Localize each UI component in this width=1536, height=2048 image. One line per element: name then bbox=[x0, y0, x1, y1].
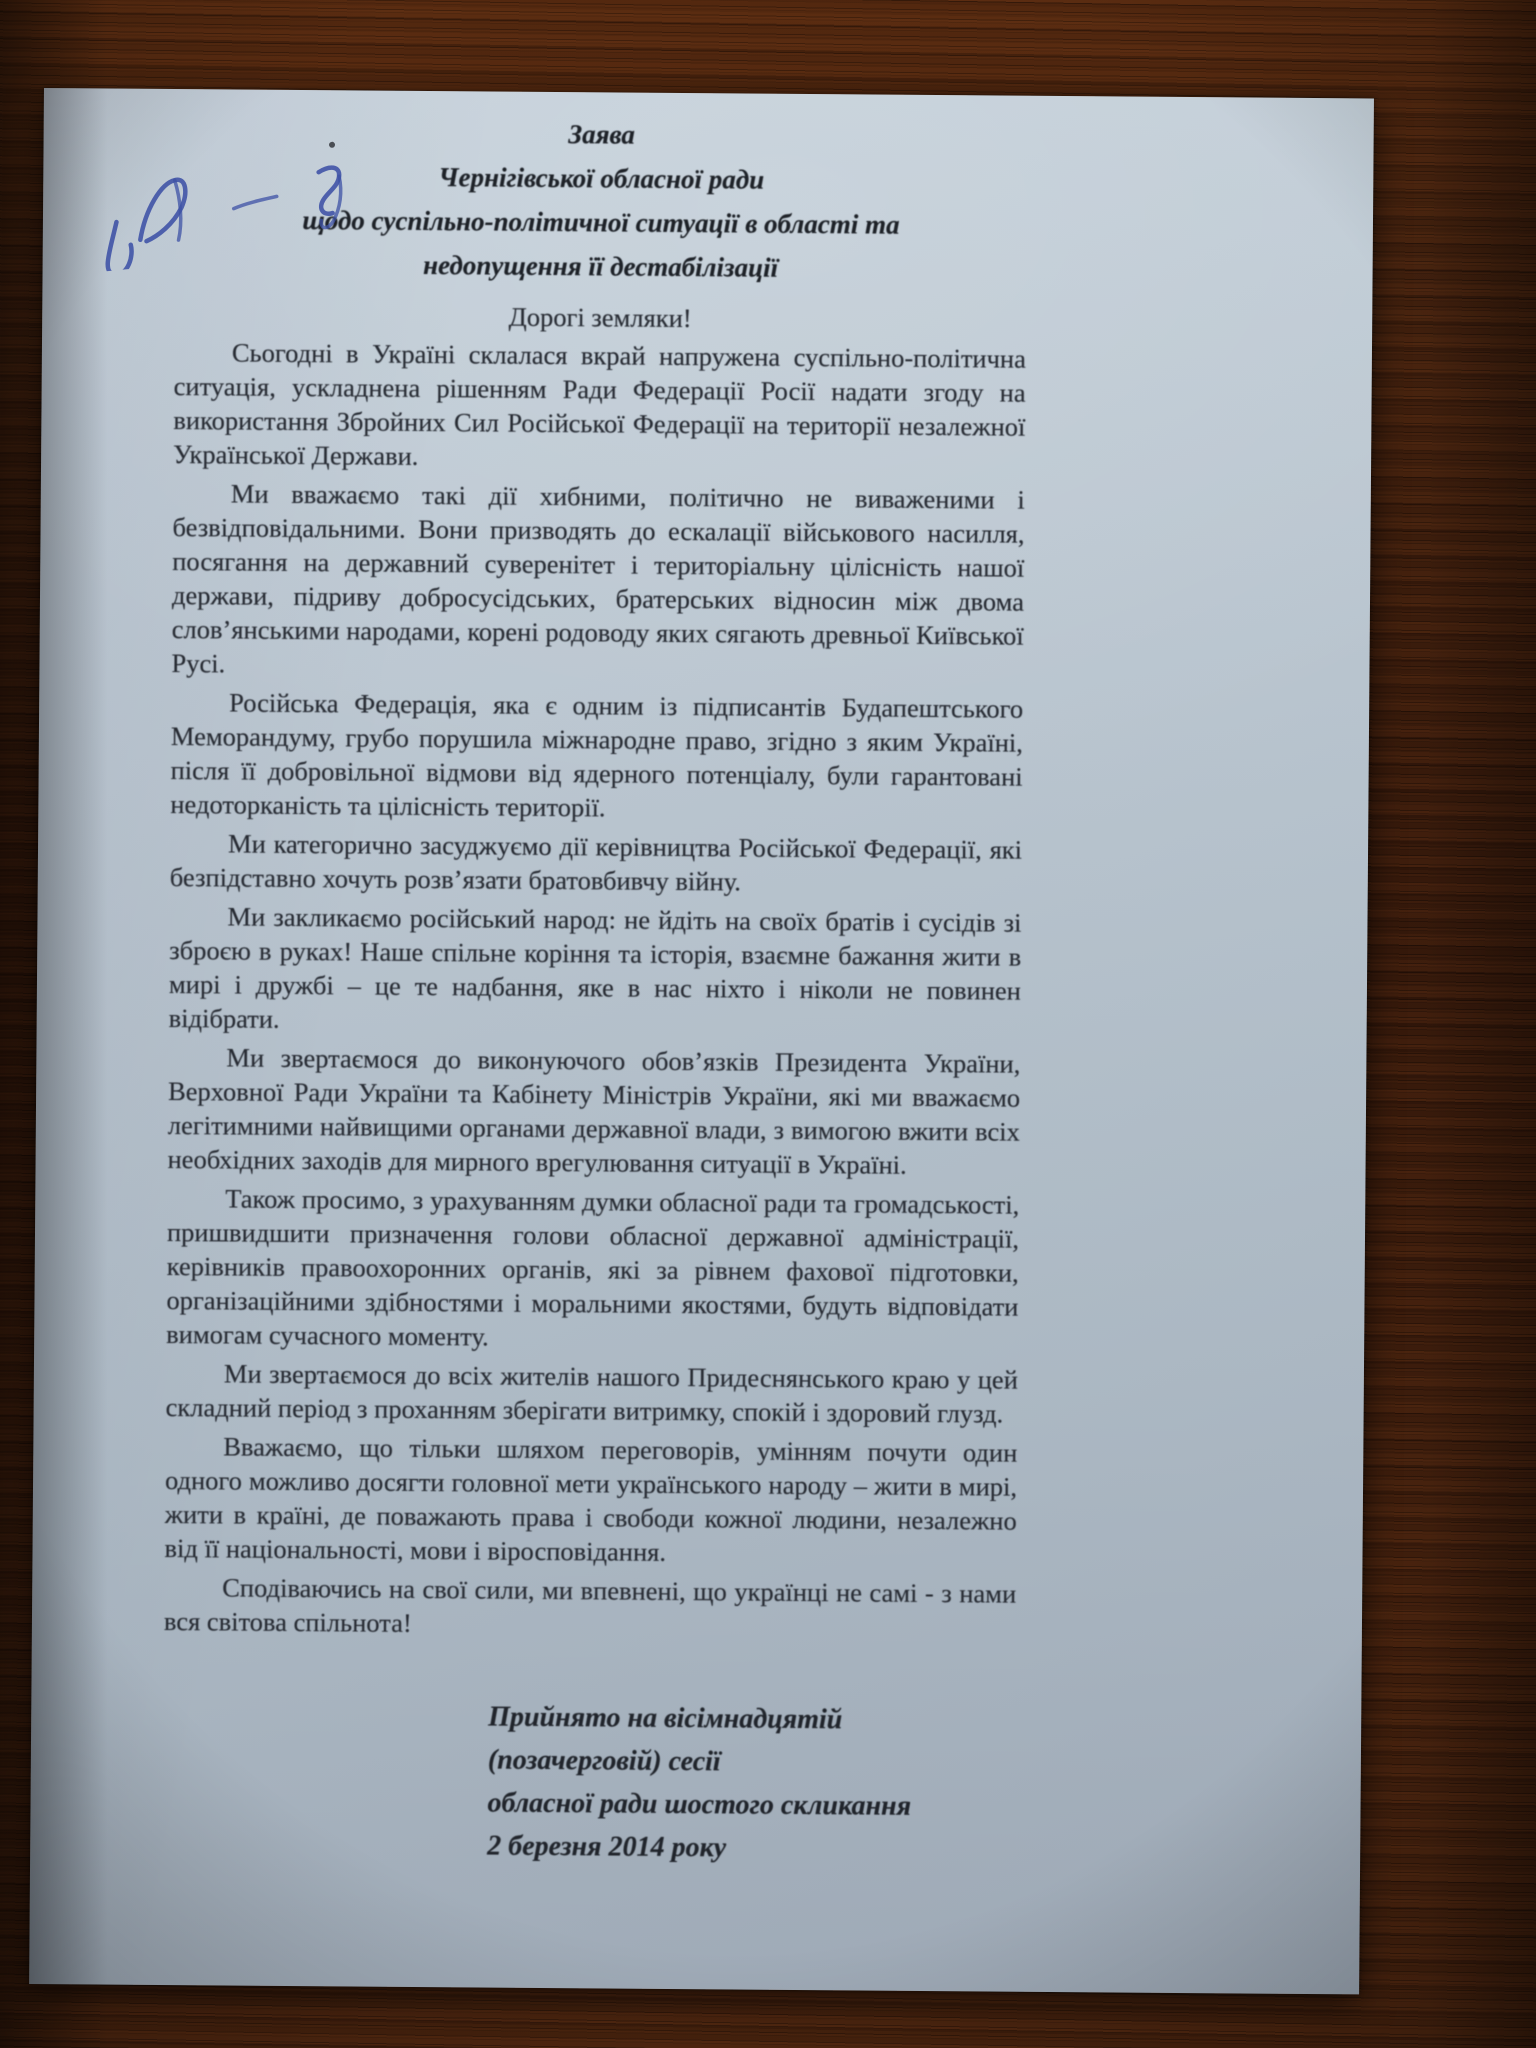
document-page: Заява Чернігівської обласної ради щодо с… bbox=[29, 88, 1374, 1994]
document-paragraph: Вважаємо, що тільки шляхом переговорів, … bbox=[164, 1429, 1017, 1572]
adoption-note-line: обласної ради шостого скликання bbox=[487, 1782, 1014, 1829]
handwritten-annotation bbox=[77, 92, 410, 272]
salutation: Дорогі земляки! bbox=[174, 297, 1026, 338]
document-body: Сьогодні в Україні склалася вкрай напруж… bbox=[164, 335, 1026, 1645]
document-content: Заява Чернігівської обласної ради щодо с… bbox=[162, 109, 1028, 1872]
document-paragraph: Ми звертаємося до всіх жителів нашого Пр… bbox=[166, 1356, 1019, 1431]
document-paragraph: Сьогодні в Україні склалася вкрай напруж… bbox=[173, 335, 1026, 478]
document-paragraph: Ми закликаємо російський народ: не йдіть… bbox=[169, 899, 1022, 1042]
adoption-note-line: 2 березня 2014 року bbox=[487, 1825, 1014, 1872]
document-paragraph: Сподіваючись на свої сили, ми впевнені, … bbox=[164, 1570, 1017, 1645]
adoption-note-line: Прийнято на вісімнадцятій (позачерговій)… bbox=[488, 1696, 1016, 1786]
document-paragraph: Ми вважаємо такі дії хибними, політично … bbox=[171, 476, 1025, 687]
document-paragraph: Ми категорично засуджуємо дії керівництв… bbox=[170, 826, 1023, 901]
document-paragraph: Російська Федерація, яка є одним із підп… bbox=[170, 685, 1023, 828]
document-paragraph: Також просимо, з урахуванням думки облас… bbox=[166, 1181, 1019, 1358]
document-paragraph: Ми звертаємося до виконуючого обов’язків… bbox=[167, 1040, 1020, 1183]
adoption-note: Прийнято на вісімнадцятій (позачерговій)… bbox=[487, 1696, 1015, 1872]
photo-background: Заява Чернігівської обласної ради щодо с… bbox=[0, 0, 1536, 2048]
